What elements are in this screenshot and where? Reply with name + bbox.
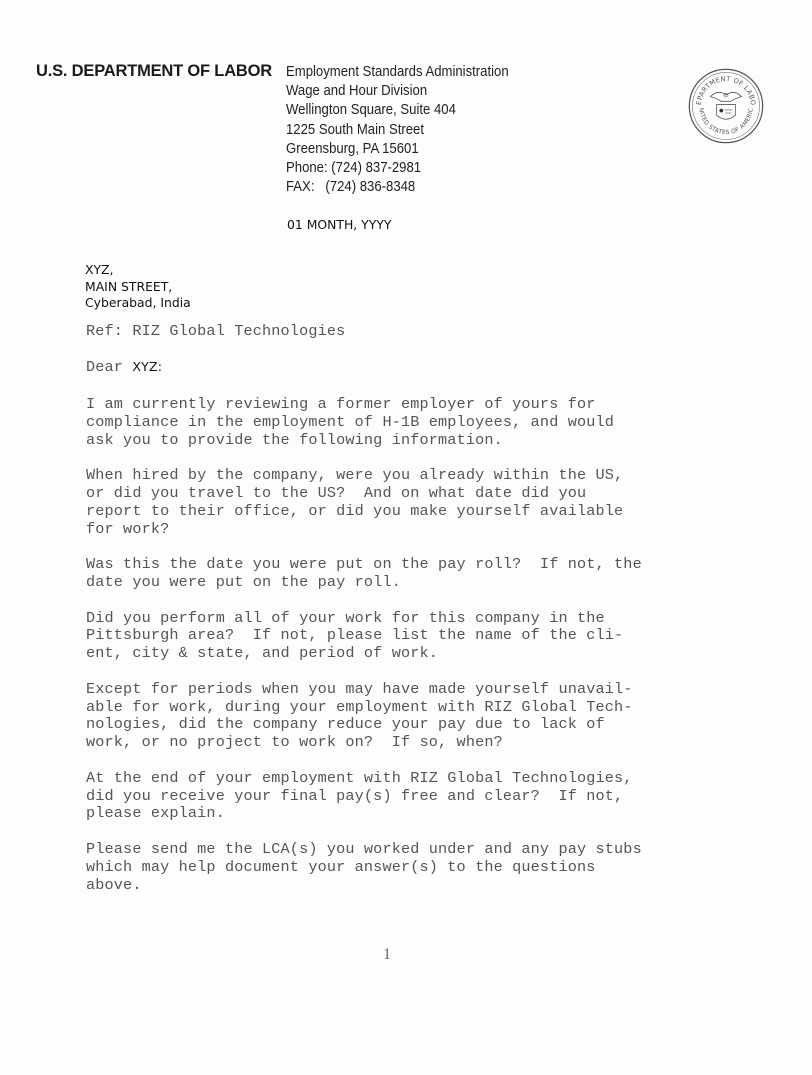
recipient-address: XYZ, MAIN STREET, Cyberabad, India xyxy=(85,262,191,312)
address-line: Wellington Square, Suite 404 xyxy=(286,101,509,120)
department-name: U.S. DEPARTMENT OF LABOR xyxy=(36,62,272,81)
recipient-line: Cyberabad, India xyxy=(85,295,191,312)
paragraph-intro: I am currently reviewing a former employ… xyxy=(86,396,726,449)
paragraph-work-location: Did you perform all of your work for thi… xyxy=(86,610,726,663)
letter-body: I am currently reviewing a former employ… xyxy=(86,396,726,912)
paragraph-final-pay: At the end of your employment with RIZ G… xyxy=(86,770,726,823)
phone-line: Phone: (724) 837-2981 xyxy=(286,159,509,178)
department-of-labor-seal-icon: DEPARTMENT OF LABOR UNITED STATES OF AME… xyxy=(687,67,765,145)
salutation: Dear XYZ: xyxy=(86,358,162,376)
paragraph-pay-reduction: Except for periods when you may have mad… xyxy=(86,681,726,752)
salutation-prefix: Dear xyxy=(86,358,132,376)
paragraph-payroll-date: Was this the date you were put on the pa… xyxy=(86,556,726,592)
paragraph-documents-request: Please send me the LCA(s) you worked und… xyxy=(86,841,726,894)
recipient-line: XYZ, xyxy=(85,262,191,279)
agency-address: Employment Standards Administration Wage… xyxy=(286,63,509,197)
reference-line: Ref: RIZ Global Technologies xyxy=(86,322,345,340)
salutation-name: XYZ: xyxy=(132,359,162,374)
letter-page: U.S. DEPARTMENT OF LABOR Employment Stan… xyxy=(0,0,812,1075)
address-line: Wage and Hour Division xyxy=(286,82,509,101)
address-line: Greensburg, PA 15601 xyxy=(286,140,509,159)
fax-line: FAX: (724) 836-8348 xyxy=(286,178,509,197)
letter-date: 01 MONTH, YYYY xyxy=(287,217,391,232)
recipient-line: MAIN STREET, xyxy=(85,279,191,296)
address-line: 1225 South Main Street xyxy=(286,121,509,140)
address-line: Employment Standards Administration xyxy=(286,63,509,82)
paragraph-hire-location: When hired by the company, were you alre… xyxy=(86,467,726,538)
page-number: 1 xyxy=(383,946,391,964)
